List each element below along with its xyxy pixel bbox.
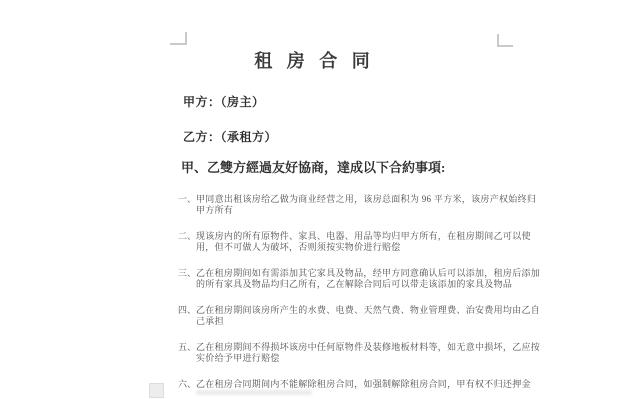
contract-item-4: 四、 乙在租房期间该房所产生的水费、电费、天然气费、物业管理费、治安费用均由乙自…	[178, 305, 544, 327]
item-text: 甲同意出租该房给乙做为商业经营之用，该房总面积为 96 平方米，该房产权始终归甲…	[196, 194, 544, 216]
item-text: 乙在租房期间如有需添加其它家具及物品，经甲方同意确认后可以添加，租房后添加的所有…	[196, 268, 544, 290]
document-title: 租 房 合 同	[0, 47, 624, 73]
text-boundary-corner-left-icon	[170, 32, 187, 45]
contract-items-list: 一、 甲同意出租该房给乙做为商业经营之用，该房总面积为 96 平方米，该房产权始…	[178, 194, 544, 399]
document-page: 租 房 合 同 甲方：（房主） 乙方：（承租方） 甲、乙雙方經過友好協商，達成以…	[0, 0, 624, 399]
contract-item-5: 五、 乙在租房期间不得损坏该房中任何原物件及装修地板材料等，如无意中损坏，乙应按…	[178, 342, 544, 364]
item-number: 二、	[178, 231, 196, 253]
item-text: 现该房内的所有原物件、家具、电器、用品等均归甲方所有，在租房期间乙可以使用，但不…	[196, 231, 544, 253]
item-number: 五、	[178, 342, 196, 364]
item-text: 乙在租房期间不得损坏该房中任何原物件及装修地板材料等，如无意中损坏，乙应按实价给…	[196, 342, 544, 364]
text-boundary-corner-right-icon	[497, 34, 513, 47]
party-a-line: 甲方：（房主）	[183, 93, 265, 110]
contract-item-1: 一、 甲同意出租该房给乙做为商业经营之用，该房总面积为 96 平方米，该房产权始…	[178, 194, 544, 216]
party-b-line: 乙方：（承租方）	[183, 128, 277, 145]
contract-preamble: 甲、乙雙方經過友好協商，達成以下合約事項:	[181, 157, 445, 176]
scan-artifact-faint-text	[196, 390, 312, 395]
contract-item-3: 三、 乙在租房期间如有需添加其它家具及物品，经甲方同意确认后可以添加，租房后添加…	[178, 268, 544, 290]
item-number: 一、	[178, 194, 196, 216]
contract-item-2: 二、 现该房内的所有原物件、家具、电器、用品等均归甲方所有，在租房期间乙可以使用…	[178, 231, 544, 253]
item-number: 四、	[178, 305, 196, 327]
item-text: 乙在租房合同期间内不能解除租房合同，如强制解除租房合同，甲有权不归还押金	[196, 379, 544, 390]
item-number: 三、	[178, 268, 196, 290]
contract-item-6: 六、 乙在租房合同期间内不能解除租房合同，如强制解除租房合同，甲有权不归还押金	[178, 379, 544, 390]
item-text: 乙在租房期间该房所产生的水费、电费、天然气费、物业管理费、治安费用均由乙自己承担	[196, 305, 544, 327]
scan-artifact-square	[149, 383, 164, 398]
item-number: 六、	[178, 379, 196, 390]
